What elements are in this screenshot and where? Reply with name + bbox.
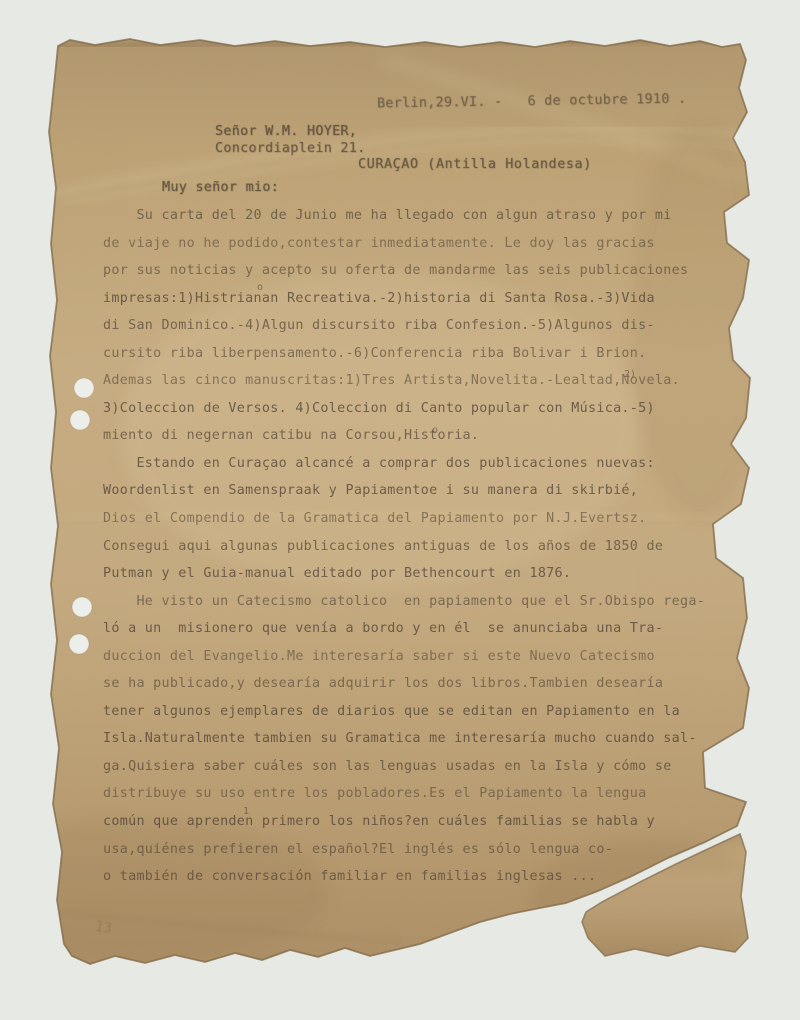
letter-scan-page: Berlin,29.VI. - 6 de octubre 1910 . Seño… — [0, 0, 800, 1020]
paper-texture — [0, 30, 770, 970]
punch-hole — [74, 378, 94, 398]
punch-hole — [70, 410, 90, 430]
punch-hole — [69, 634, 89, 654]
aged-paper-graphic — [0, 0, 800, 1020]
punch-hole — [72, 597, 92, 617]
